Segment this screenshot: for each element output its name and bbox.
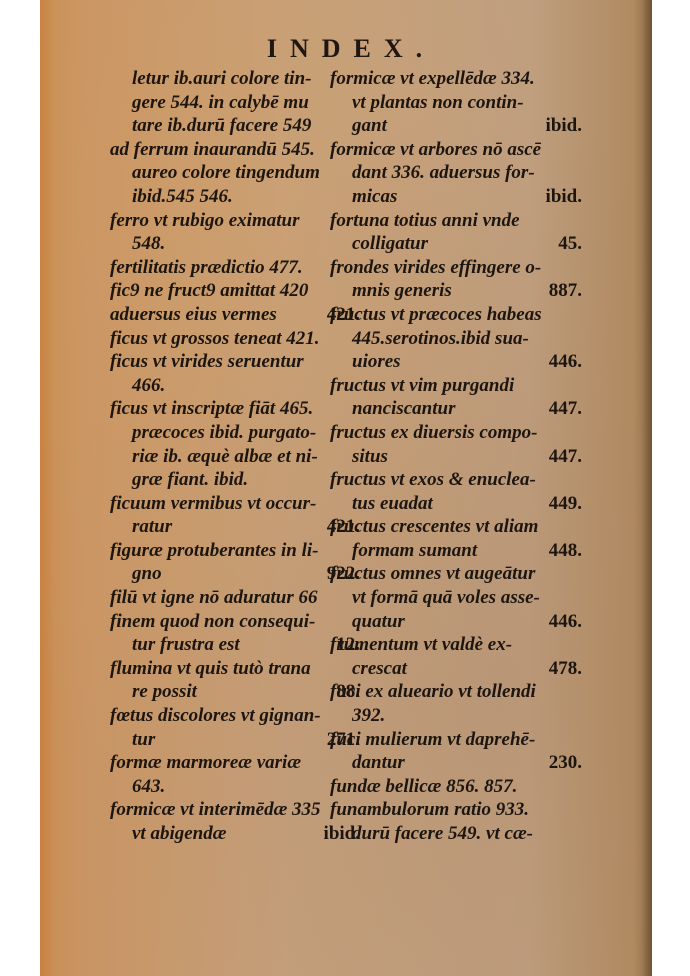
entry-text: letur ib.auri colore tin- [132, 67, 311, 91]
entry-text: fic9 ne fruct9 amittat 420 [110, 279, 308, 303]
entry-page-reference: 447. [549, 397, 582, 421]
entry-text: ibid.545 546. [132, 185, 233, 209]
index-entry-line: vt plantas non contin- [330, 91, 582, 115]
entry-text: gno [132, 562, 162, 586]
entry-text: vt plantas non contin- [352, 91, 524, 115]
index-entry-line: mnis generis887. [330, 279, 582, 303]
index-entry-line: ad ferrum inaurandū 545. [110, 138, 360, 162]
index-entry-line: micasibid. [330, 185, 582, 209]
index-entry-line: aureo colore tingendum [110, 161, 360, 185]
index-entry-line: fructus vt vim purgandi [330, 374, 582, 398]
entry-text: 643. [132, 775, 165, 799]
index-entry-line: 643. [110, 775, 360, 799]
entry-page-reference: 45. [558, 232, 582, 256]
index-entry-line: aduersus eius vermes421. [110, 303, 360, 327]
entry-text: formicæ vt expellēdæ 334. [330, 67, 535, 91]
entry-text: aureo colore tingendum [132, 161, 320, 185]
index-entry-line: vt abigendæibid. [110, 822, 360, 846]
index-entry-line: letur ib.auri colore tin- [110, 67, 360, 91]
entry-page-reference: 887. [549, 279, 582, 303]
entry-text: fuci mulierum vt daprehē- [330, 728, 535, 752]
entry-text: præcoces ibid. purgato- [132, 421, 316, 445]
entry-text: frumentum vt valdè ex- [330, 633, 512, 657]
index-entry-line: formam sumant448. [330, 539, 582, 563]
entry-text: formicæ vt arbores nō ascē [330, 138, 541, 162]
entry-text: fuci ex alueario vt tollendi [330, 680, 536, 704]
index-entry-line: tur271. [110, 728, 360, 752]
index-entry-line: ferro vt rubigo eximatur [110, 209, 360, 233]
entry-text: fundæ bellicæ 856. 857. [330, 775, 517, 799]
entry-text: fructus crescentes vt aliam [330, 515, 538, 539]
entry-text: ficuum vermibus vt occur- [110, 492, 316, 516]
index-entry-line: colligatur45. [330, 232, 582, 256]
index-entry-line: 392. [330, 704, 582, 728]
index-entry-line: re possit88. [110, 680, 360, 704]
index-entry-line: 466. [110, 374, 360, 398]
index-entry-line: fructus vt præcoces habeas [330, 303, 582, 327]
index-entry-line: gantibid. [330, 114, 582, 138]
book-page: INDEX. letur ib.auri colore tin-gere 544… [40, 0, 652, 976]
index-entry-line: formæ marmoreæ variæ [110, 751, 360, 775]
index-entry-line: fuci mulierum vt daprehē- [330, 728, 582, 752]
index-entry-line: fructus vt exos & enuclea- [330, 468, 582, 492]
index-entry-line: præcoces ibid. purgato- [110, 421, 360, 445]
index-entry-line: gere 544. in calybē mu [110, 91, 360, 115]
entry-text: micas [352, 185, 397, 209]
index-entry-line: fructus ex diuersis compo- [330, 421, 582, 445]
index-entry-line: dant 336. aduersus for- [330, 161, 582, 185]
index-entry-line: figuræ protuberantes in li- [110, 539, 360, 563]
entry-text: fructus vt præcoces habeas [330, 303, 542, 327]
index-entry-line: ficus vt inscriptæ fiāt 465. [110, 397, 360, 421]
entry-page-reference: 449. [549, 492, 582, 516]
entry-text: ficus vt virides seruentur [110, 350, 304, 374]
entry-page-reference: 446. [549, 350, 582, 374]
entry-text: filū vt igne nō aduratur 66 [110, 586, 317, 610]
index-column-right: formicæ vt expellēdæ 334.vt plantas non … [330, 67, 582, 846]
entry-text: tus euadat [352, 492, 433, 516]
entry-text: nanciscantur [352, 397, 455, 421]
index-entry-line: gno922. [110, 562, 360, 586]
index-entry-line: formicæ vt arbores nō ascē [330, 138, 582, 162]
entry-page-reference: 448. [549, 539, 582, 563]
entry-text: figuræ protuberantes in li- [110, 539, 319, 563]
index-entry-line: nanciscantur447. [330, 397, 582, 421]
entry-text: ad ferrum inaurandū 545. [110, 138, 315, 162]
entry-page-reference: 230. [549, 751, 582, 775]
entry-page-reference: ibid. [546, 114, 582, 138]
entry-text: dant 336. aduersus for- [352, 161, 535, 185]
index-entry-line: 548. [110, 232, 360, 256]
entry-text: dantur [352, 751, 405, 775]
entry-text: crescat [352, 657, 407, 681]
entry-page-reference: ibid. [546, 185, 582, 209]
index-entry-line: filū vt igne nō aduratur 66 [110, 586, 360, 610]
index-entry-line: frumentum vt valdè ex- [330, 633, 582, 657]
entry-text: re possit [132, 680, 197, 704]
index-entry-line: tare ib.durū facere 549 [110, 114, 360, 138]
entry-text: tur frustra est [132, 633, 240, 657]
index-entry-line: uiores446. [330, 350, 582, 374]
index-entry-line: finem quod non consequi- [110, 610, 360, 634]
index-entry-line: fic9 ne fruct9 amittat 420 [110, 279, 360, 303]
index-entry-line: ficus vt virides seruentur [110, 350, 360, 374]
index-entry-line: durū facere 549. vt cæ- [330, 822, 582, 846]
index-entry-line: funambulorum ratio 933. [330, 798, 582, 822]
entry-text: vt formā quā voles asse- [352, 586, 540, 610]
entry-text: flumina vt quis tutò trana [110, 657, 311, 681]
index-entry-line: ibid.545 546. [110, 185, 360, 209]
index-entry-line: formicæ vt expellēdæ 334. [330, 67, 582, 91]
entry-text: ferro vt rubigo eximatur [110, 209, 299, 233]
entry-text: ficus vt inscriptæ fiāt 465. [110, 397, 313, 421]
entry-text: fertilitatis prædictio 477. [110, 256, 303, 280]
entry-text: formicæ vt interimēdæ 335 [110, 798, 321, 822]
index-entry-line: ficuum vermibus vt occur- [110, 492, 360, 516]
entry-text: 392. [352, 704, 385, 728]
entry-text: fœtus discolores vt gignan- [110, 704, 321, 728]
entry-text: finem quod non consequi- [110, 610, 315, 634]
entry-text: uiores [352, 350, 401, 374]
entry-text: 548. [132, 232, 165, 256]
entry-text: formæ marmoreæ variæ [110, 751, 301, 775]
index-entry-line: tur frustra est12. [110, 633, 360, 657]
entry-text: aduersus eius vermes [110, 303, 277, 327]
index-entry-line: fortuna totius anni vnde [330, 209, 582, 233]
entry-text: gant [352, 114, 387, 138]
entry-text: colligatur [352, 232, 428, 256]
index-entry-line: fuci ex alueario vt tollendi [330, 680, 582, 704]
index-entry-line: situs447. [330, 445, 582, 469]
index-entry-line: flumina vt quis tutò trana [110, 657, 360, 681]
index-entry-line: fructus omnes vt augeātur [330, 562, 582, 586]
entry-text: fructus ex diuersis compo- [330, 421, 537, 445]
index-entry-line: fertilitatis prædictio 477. [110, 256, 360, 280]
index-entry-line: græ fiant. ibid. [110, 468, 360, 492]
index-entry-line: riæ ib. æquè albæ et ni- [110, 445, 360, 469]
entry-text: ratur [132, 515, 172, 539]
entry-text: riæ ib. æquè albæ et ni- [132, 445, 318, 469]
entry-text: græ fiant. ibid. [132, 468, 248, 492]
entry-page-reference: 446. [549, 610, 582, 634]
entry-text: durū facere 549. vt cæ- [352, 822, 533, 846]
index-entry-line: crescat478. [330, 657, 582, 681]
index-entry-line: 445.serotinos.ibid sua- [330, 327, 582, 351]
entry-page-reference: 478. [549, 657, 582, 681]
index-entry-line: vt formā quā voles asse- [330, 586, 582, 610]
index-entry-line: ficus vt grossos teneat 421. [110, 327, 360, 351]
entry-text: situs [352, 445, 388, 469]
index-entry-line: dantur230. [330, 751, 582, 775]
index-entry-line: quatur446. [330, 610, 582, 634]
entry-text: frondes virides effingere o- [330, 256, 541, 280]
index-entry-line: ratur421. [110, 515, 360, 539]
entry-text: fructus vt exos & enuclea- [330, 468, 536, 492]
index-entry-line: fundæ bellicæ 856. 857. [330, 775, 582, 799]
entry-text: formam sumant [352, 539, 477, 563]
entry-text: 466. [132, 374, 165, 398]
entry-text: fortuna totius anni vnde [330, 209, 520, 233]
index-entry-line: tus euadat449. [330, 492, 582, 516]
index-entry-line: fœtus discolores vt gignan- [110, 704, 360, 728]
index-entry-line: frondes virides effingere o- [330, 256, 582, 280]
entry-text: tare ib.durū facere 549 [132, 114, 311, 138]
entry-text: vt abigendæ [132, 822, 226, 846]
entry-text: 445.serotinos.ibid sua- [352, 327, 529, 351]
entry-page-reference: 447. [549, 445, 582, 469]
entry-text: ficus vt grossos teneat 421. [110, 327, 320, 351]
entry-text: mnis generis [352, 279, 452, 303]
entry-text: tur [132, 728, 155, 752]
entry-text: quatur [352, 610, 405, 634]
page-header: INDEX. [40, 34, 652, 64]
entry-text: funambulorum ratio 933. [330, 798, 529, 822]
index-column-left: letur ib.auri colore tin-gere 544. in ca… [110, 67, 360, 846]
index-entry-line: fructus crescentes vt aliam [330, 515, 582, 539]
index-entry-line: formicæ vt interimēdæ 335 [110, 798, 360, 822]
entry-text: gere 544. in calybē mu [132, 91, 309, 115]
entry-text: fructus omnes vt augeātur [330, 562, 535, 586]
entry-text: fructus vt vim purgandi [330, 374, 514, 398]
